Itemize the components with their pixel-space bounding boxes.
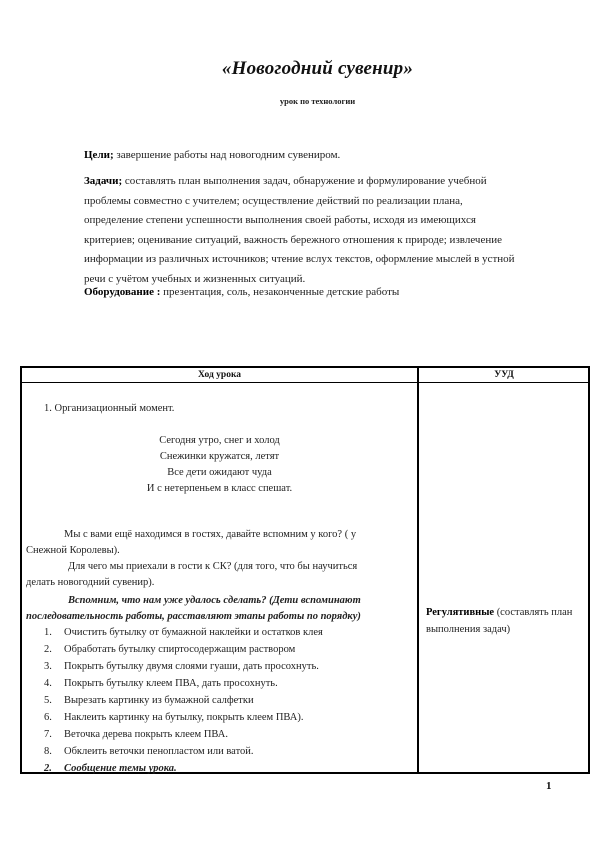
document-title: «Новогодний сувенир» [0, 58, 595, 80]
tasks-text: составлять план выполнения задач, обнару… [84, 175, 515, 285]
step-text: Покрыть бутылку двумя слоями гуаши, дать… [64, 661, 319, 672]
goal-paragraph: Цели; завершение работы над новогодним с… [84, 146, 524, 166]
dialog-line: Снежной Королевы). [26, 545, 120, 556]
uud-cell: Регулятивные (составлять план выполнения… [426, 604, 586, 638]
step-number: 1. [44, 627, 52, 638]
step-text: Обклеить веточки пенопластом или ватой. [64, 746, 254, 757]
tasks-label: Задачи; [84, 175, 122, 187]
section-topic: Сообщение темы урока. [64, 763, 177, 774]
dialog-line: Для чего мы приехали в гости к СК? (для … [68, 561, 357, 572]
uud-label: Регулятивные [426, 607, 494, 618]
step-text: Очистить бутылку от бумажной наклейки и … [64, 627, 323, 638]
step-number: 6. [44, 712, 52, 723]
step-text: Наклеить картинку на бутылку, покрыть кл… [64, 712, 303, 723]
table-header-row: Ход урока УУД [22, 368, 588, 383]
header-uud: УУД [419, 368, 589, 383]
header-lesson-flow: Ход урока [22, 368, 417, 383]
dialog-line: Мы с вами ещё находимся в гостях, давайт… [64, 529, 356, 540]
document-subtitle: урок по технологии [0, 96, 595, 106]
step-number: 3. [44, 661, 52, 672]
poem-line: Все дети ожидают чуда [22, 467, 417, 478]
dialog-line: делать новогодний сувенир). [26, 577, 154, 588]
recall-line: Вспомним, что нам уже удалось сделать? (… [68, 595, 361, 606]
equipment-paragraph: Оборудование : презентация, соль, незако… [84, 283, 524, 303]
goal-text: завершение работы над новогодним сувенир… [114, 149, 341, 161]
step-number: 7. [44, 729, 52, 740]
section-org-moment: 1. Организационный момент. [44, 403, 174, 414]
step-number: 8. [44, 746, 52, 757]
step-number: 2. [44, 644, 52, 655]
step-text: Покрыть бутылку клеем ПВА, дать просохну… [64, 678, 278, 689]
step-number: 5. [44, 695, 52, 706]
section-topic-num: 2. [44, 763, 52, 774]
step-text: Вырезать картинку из бумажной салфетки [64, 695, 254, 706]
step-text: Веточка дерева покрыть клеем ПВА. [64, 729, 228, 740]
equipment-text: презентация, соль, незаконченные детские… [160, 286, 399, 298]
poem-line: Сегодня утро, снег и холод [22, 435, 417, 446]
tasks-paragraph: Задачи; составлять план выполнения задач… [84, 172, 524, 289]
column-divider [417, 368, 419, 772]
lesson-table: Ход урока УУД 1. Организационный момент.… [20, 366, 590, 774]
poem-line: Снежинки кружатся, летят [22, 451, 417, 462]
page-number: 1 [546, 780, 552, 792]
step-number: 4. [44, 678, 52, 689]
goal-label: Цели; [84, 149, 114, 161]
poem-line: И с нетерпеньем в класс спешат. [22, 483, 417, 494]
recall-line: последовательность работы, расставляют э… [26, 611, 361, 622]
equipment-label: Оборудование : [84, 286, 160, 298]
step-text: Обработать бутылку спиртосодержащим раст… [64, 644, 295, 655]
